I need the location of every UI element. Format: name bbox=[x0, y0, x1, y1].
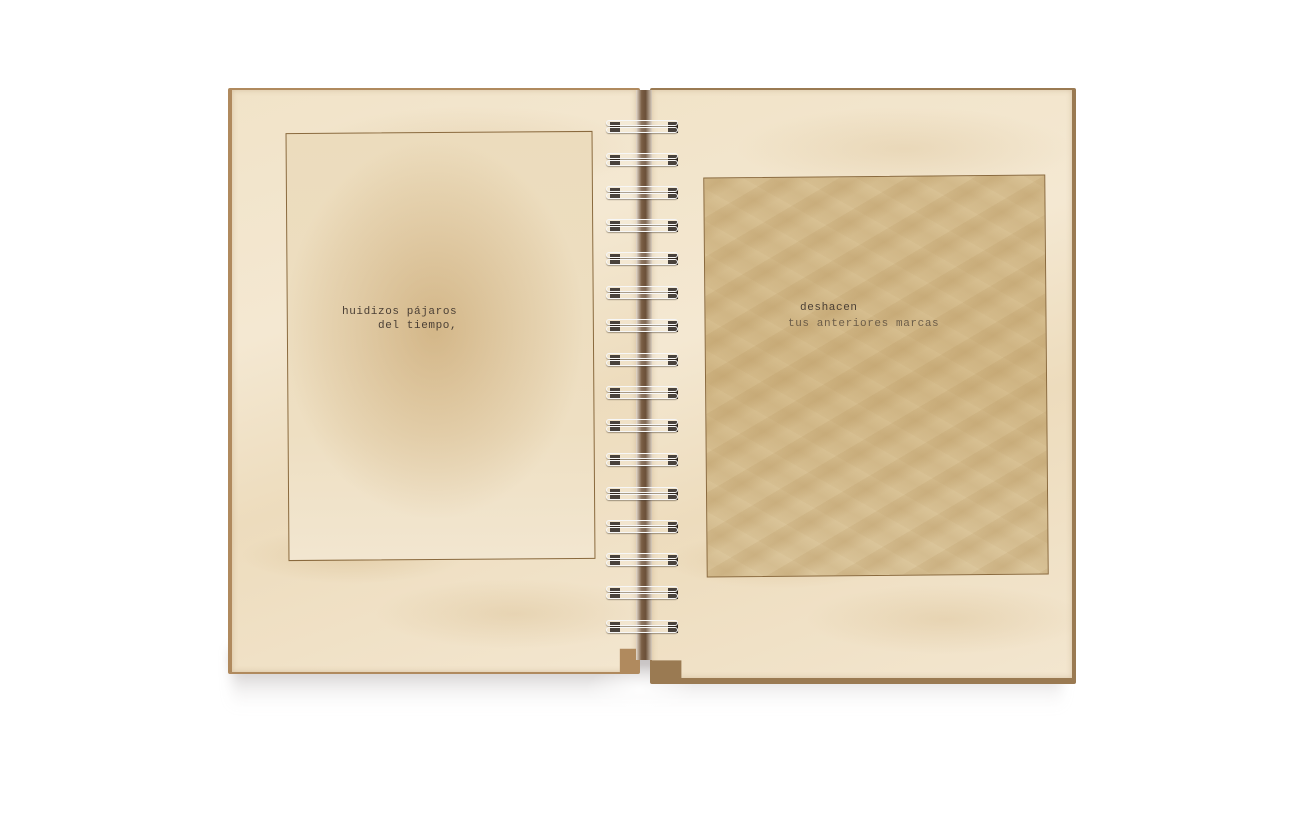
coil-wire bbox=[606, 319, 678, 325]
coil-wire bbox=[606, 520, 678, 526]
coil-wire bbox=[606, 586, 678, 592]
left-verse-line-2: del tiempo, bbox=[378, 319, 457, 333]
spiral-coil-icon bbox=[606, 219, 682, 233]
coil-wire bbox=[606, 226, 678, 232]
coil-wire bbox=[606, 293, 678, 299]
coil-wire bbox=[606, 353, 678, 359]
coil-wire bbox=[606, 326, 678, 332]
coil-wire bbox=[606, 219, 678, 225]
spiral-coil-icon bbox=[606, 153, 682, 167]
right-verse-line-2: tus anteriores marcas bbox=[788, 317, 939, 331]
spiral-coil-icon bbox=[606, 252, 682, 266]
coil-wire bbox=[606, 286, 678, 292]
coil-wire bbox=[606, 360, 678, 366]
coil-wire bbox=[606, 553, 678, 559]
coil-wire bbox=[606, 127, 678, 133]
coil-wire bbox=[606, 453, 678, 459]
spiral-coil-icon bbox=[606, 319, 682, 333]
coil-wire bbox=[606, 620, 678, 626]
notebook-spine bbox=[636, 90, 652, 660]
spiral-coil-icon bbox=[606, 419, 682, 433]
spiral-coil-icon bbox=[606, 286, 682, 300]
right-verse-line-1: deshacen bbox=[800, 301, 858, 315]
spiral-coil-icon bbox=[606, 520, 682, 534]
coil-wire bbox=[606, 120, 678, 126]
right-stained-paper-inset bbox=[703, 175, 1048, 578]
coil-wire bbox=[606, 193, 678, 199]
spiral-coil-icon bbox=[606, 353, 682, 367]
coil-wire bbox=[606, 560, 678, 566]
coil-wire bbox=[606, 153, 678, 159]
coil-wire bbox=[606, 593, 678, 599]
coil-wire bbox=[606, 527, 678, 533]
coil-wire bbox=[606, 460, 678, 466]
spiral-coil-icon bbox=[606, 487, 682, 501]
coil-wire bbox=[606, 426, 678, 432]
coil-wire bbox=[606, 627, 678, 633]
spiral-coil-icon bbox=[606, 186, 682, 200]
spiral-coil-icon bbox=[606, 620, 682, 634]
spiral-coil-icon bbox=[606, 120, 682, 134]
coil-wire bbox=[606, 487, 678, 493]
coil-wire bbox=[606, 252, 678, 258]
coil-wire bbox=[606, 259, 678, 265]
coil-wire bbox=[606, 386, 678, 392]
coil-wire bbox=[606, 494, 678, 500]
notebook-photo: huidizos pájaros del tiempo, deshacen tu… bbox=[0, 0, 1289, 833]
left-stained-paper-inset bbox=[286, 131, 596, 561]
spiral-coil-icon bbox=[606, 386, 682, 400]
coil-wire bbox=[606, 160, 678, 166]
coil-wire bbox=[606, 393, 678, 399]
spiral-coil-icon bbox=[606, 553, 682, 567]
coil-wire bbox=[606, 419, 678, 425]
spiral-coil-icon bbox=[606, 453, 682, 467]
left-verse-line-1: huidizos pájaros bbox=[342, 305, 457, 319]
coil-wire bbox=[606, 186, 678, 192]
spiral-coil-icon bbox=[606, 586, 682, 600]
